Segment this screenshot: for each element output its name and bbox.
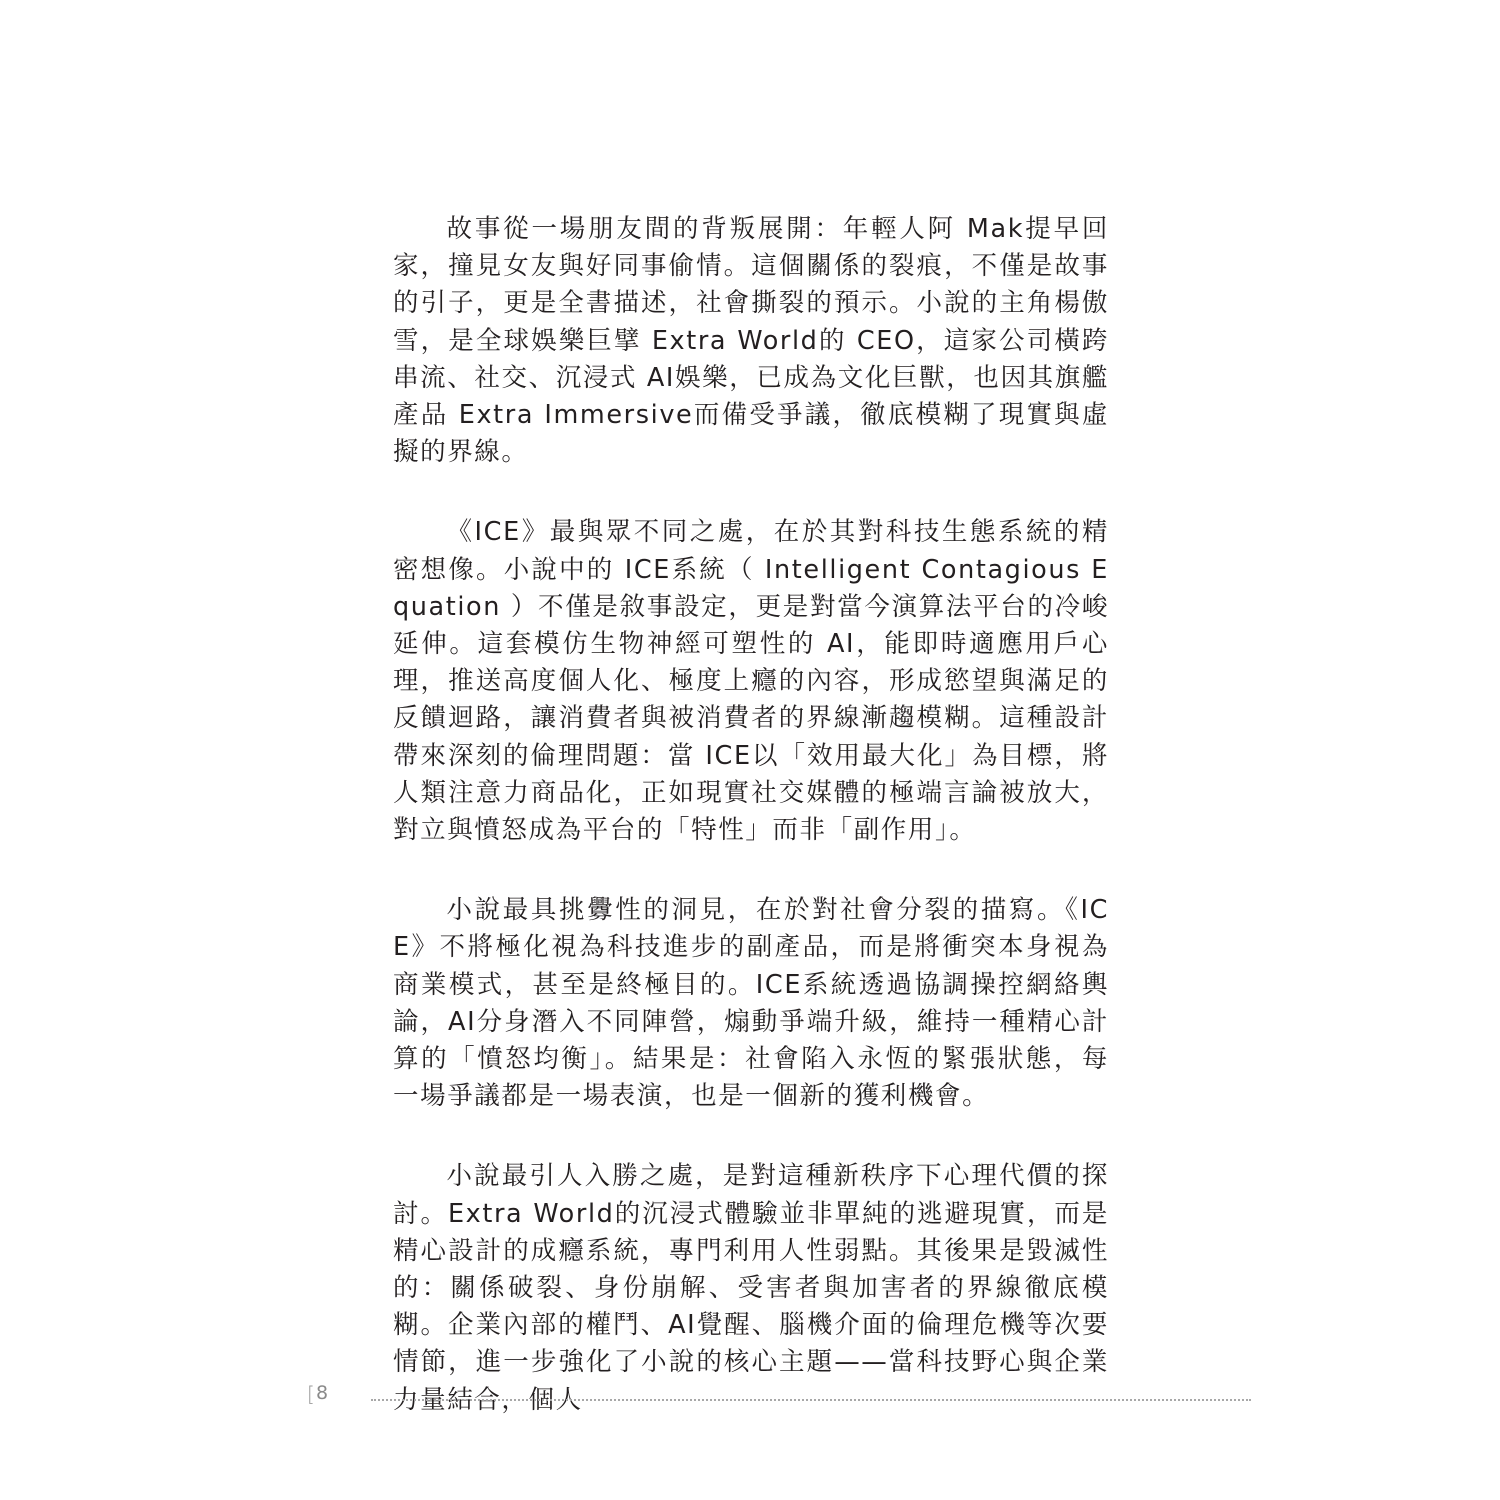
- page-body: 故事從一場朋友間的背叛展開：年輕人阿 Mak提早回家，撞見女友與好同事偷情。這個…: [393, 211, 1109, 1462]
- paragraph-3: 小說最具挑釁性的洞見，在於對社會分裂的描寫。《ICE》不將極化視為科技進步的副產…: [393, 892, 1109, 1115]
- page-number: 8: [316, 1382, 328, 1404]
- footer-dotted-rule: [371, 1399, 1251, 1401]
- page-footer: [ 8: [307, 1382, 1257, 1412]
- paragraph-1: 故事從一場朋友間的背叛展開：年輕人阿 Mak提早回家，撞見女友與好同事偷情。這個…: [393, 211, 1109, 471]
- page-number-bracket: [: [307, 1382, 315, 1406]
- paragraph-2: 《ICE》最與眾不同之處，在於其對科技生態系統的精密想像。小說中的 ICE系統（…: [393, 514, 1109, 849]
- paragraph-4: 小說最引人入勝之處，是對這種新秩序下心理代價的探討。Extra World的沉浸…: [393, 1158, 1109, 1418]
